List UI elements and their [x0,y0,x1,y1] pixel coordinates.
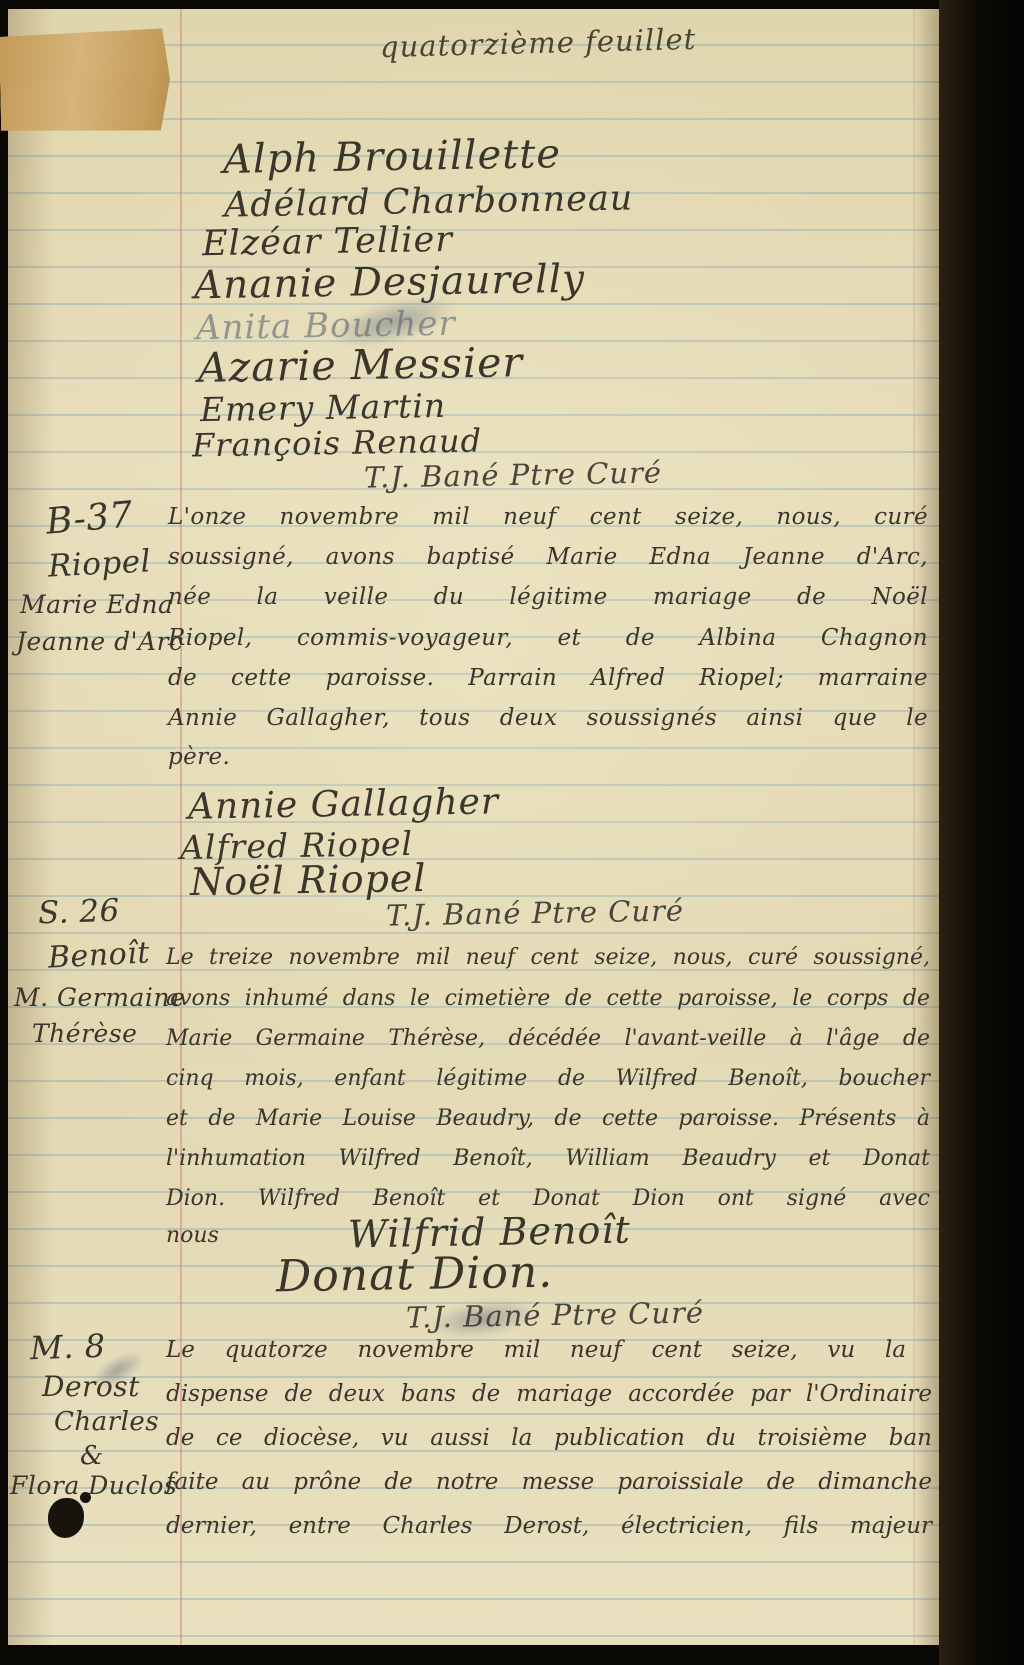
margin-annotation: Jeanne d'Arc [16,629,184,654]
opening-signature: Elzéar Tellier [202,223,454,262]
ink-blot-dot [80,1492,91,1503]
margin-annotation: Derost [42,1373,140,1401]
witness-signature: Noël Riopel [190,859,427,901]
margin-annotation: S. 26 [37,896,120,930]
record-line: Annie Gallagher, tous deux soussignés ai… [168,707,928,730]
repair-tape [0,28,171,134]
margin-annotation: Thérèse [32,1021,137,1046]
priest-signature: T.J. Bané Ptre Curé [406,1298,705,1332]
margin-annotation: Flora Duclos [10,1473,177,1498]
record-line: faite au prône de notre messe paroissial… [166,1471,932,1494]
record-line: L'onze novembre mil neuf cent seize, nou… [168,506,928,529]
opening-signature: François Renaud [192,424,483,461]
opening-signature: Azarie Messier [198,342,524,389]
opening-signature: Adélard Charbonneau [224,181,634,223]
record-line: de ce diocèse, vu aussi la publication d… [166,1427,932,1450]
record-line: Le quatorze novembre mil neuf cent seize… [166,1339,906,1362]
record-line: avons inhumé dans le cimetière de cette … [166,988,930,1010]
priest-signature: T.J. Bané Ptre Curé [364,458,663,492]
opening-signature: Emery Martin [200,389,447,426]
margin-annotation: Charles [54,1409,159,1435]
register-page: quatorzième feuillet Alph Brouillette Ad… [8,9,939,1645]
opening-signature: Ananie Desjaurelly [194,260,586,306]
margin-annotation: M. Germaine [14,985,185,1010]
record-line: dernier, entre Charles Derost, électrici… [166,1515,932,1538]
record-line: née la veille du légitime mariage de Noë… [168,586,928,609]
record-line: Riopel, commis-voyageur, et de Albina Ch… [168,627,928,650]
record-line: cinq mois, enfant légitime de Wilfred Be… [166,1068,930,1090]
record-line: l'inhumation Wilfred Benoît, William Bea… [166,1148,930,1170]
margin-annotation: M. 8 [29,1330,106,1365]
priest-signature: T.J. Bané Ptre Curé [386,896,685,930]
record-line: Marie Germaine Thérèse, décédée l'avant-… [166,1028,930,1050]
record-line: père. [168,746,230,769]
record-line: soussigné, avons baptisé Marie Edna Jean… [168,546,928,569]
record-line: Dion. Wilfred Benoît et Donat Dion ont s… [166,1188,930,1210]
record-line: nous [166,1225,219,1247]
margin-annotation: & [80,1443,104,1469]
witness-signature: Annie Gallagher [188,784,500,825]
margin-annotation: B-37 [45,497,135,540]
page-header: quatorzième feuillet [380,25,697,62]
record-line: et de Marie Louise Beaudry, de cette par… [166,1108,930,1130]
ink-blot [48,1498,84,1538]
record-line: de cette paroisse. Parrain Alfred Riopel… [168,667,928,690]
margin-annotation: Benoît [47,938,150,973]
witness-signature: Donat Dion. [276,1251,554,1300]
record-line: Le treize novembre mil neuf cent seize, … [166,947,930,969]
margin-annotation: Riopel [47,546,152,582]
opening-signature: Alph Brouillette [223,134,562,180]
scan-edge-shadow [939,0,1024,1665]
record-line: dispense de deux bans de mariage accordé… [166,1383,932,1406]
margin-annotation: Marie Edna [20,592,173,617]
